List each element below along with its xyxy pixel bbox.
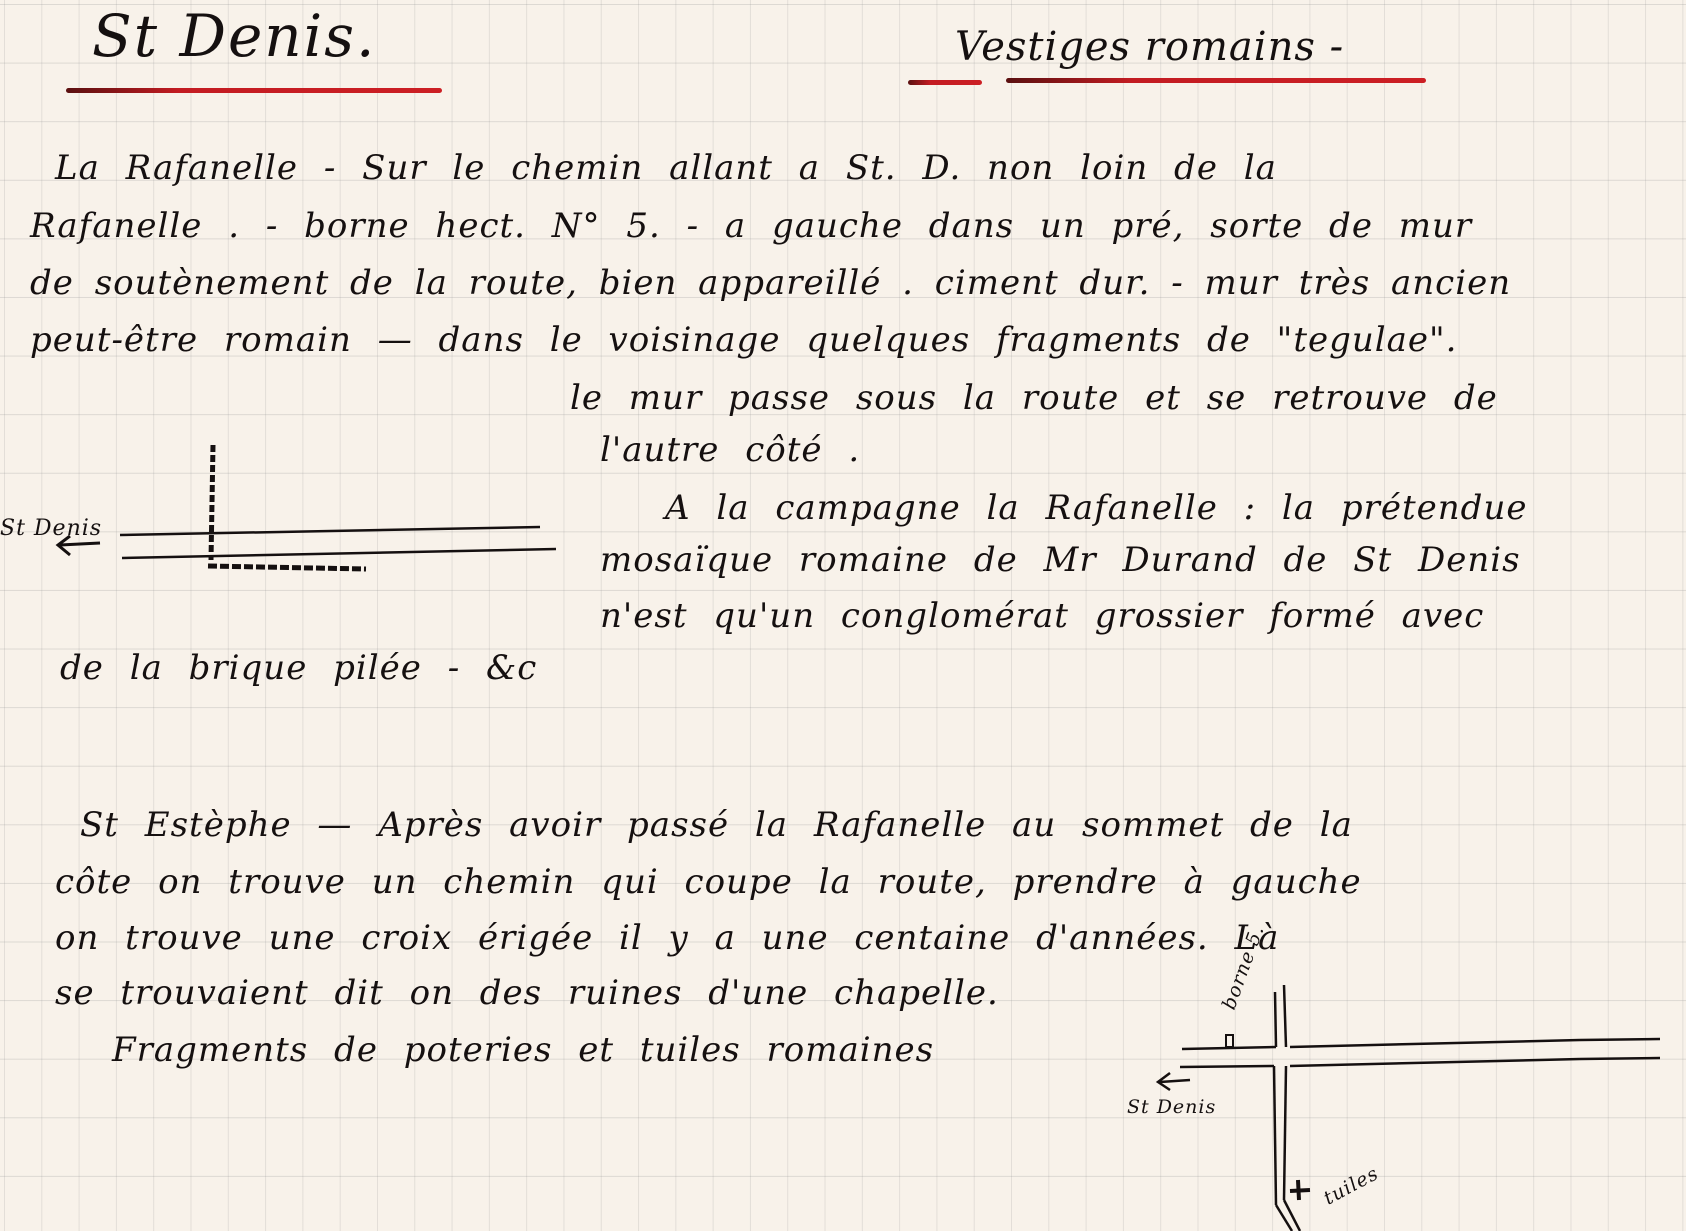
tiles-cross-icon <box>1290 1180 1310 1200</box>
sketch2-crossroad-diagram <box>0 0 1706 1231</box>
left-arrow-icon <box>1158 1073 1190 1090</box>
notebook-page: St Denis. Vestiges romains - La Rafanell… <box>0 0 1686 1231</box>
borne-marker-icon <box>1226 1035 1233 1047</box>
